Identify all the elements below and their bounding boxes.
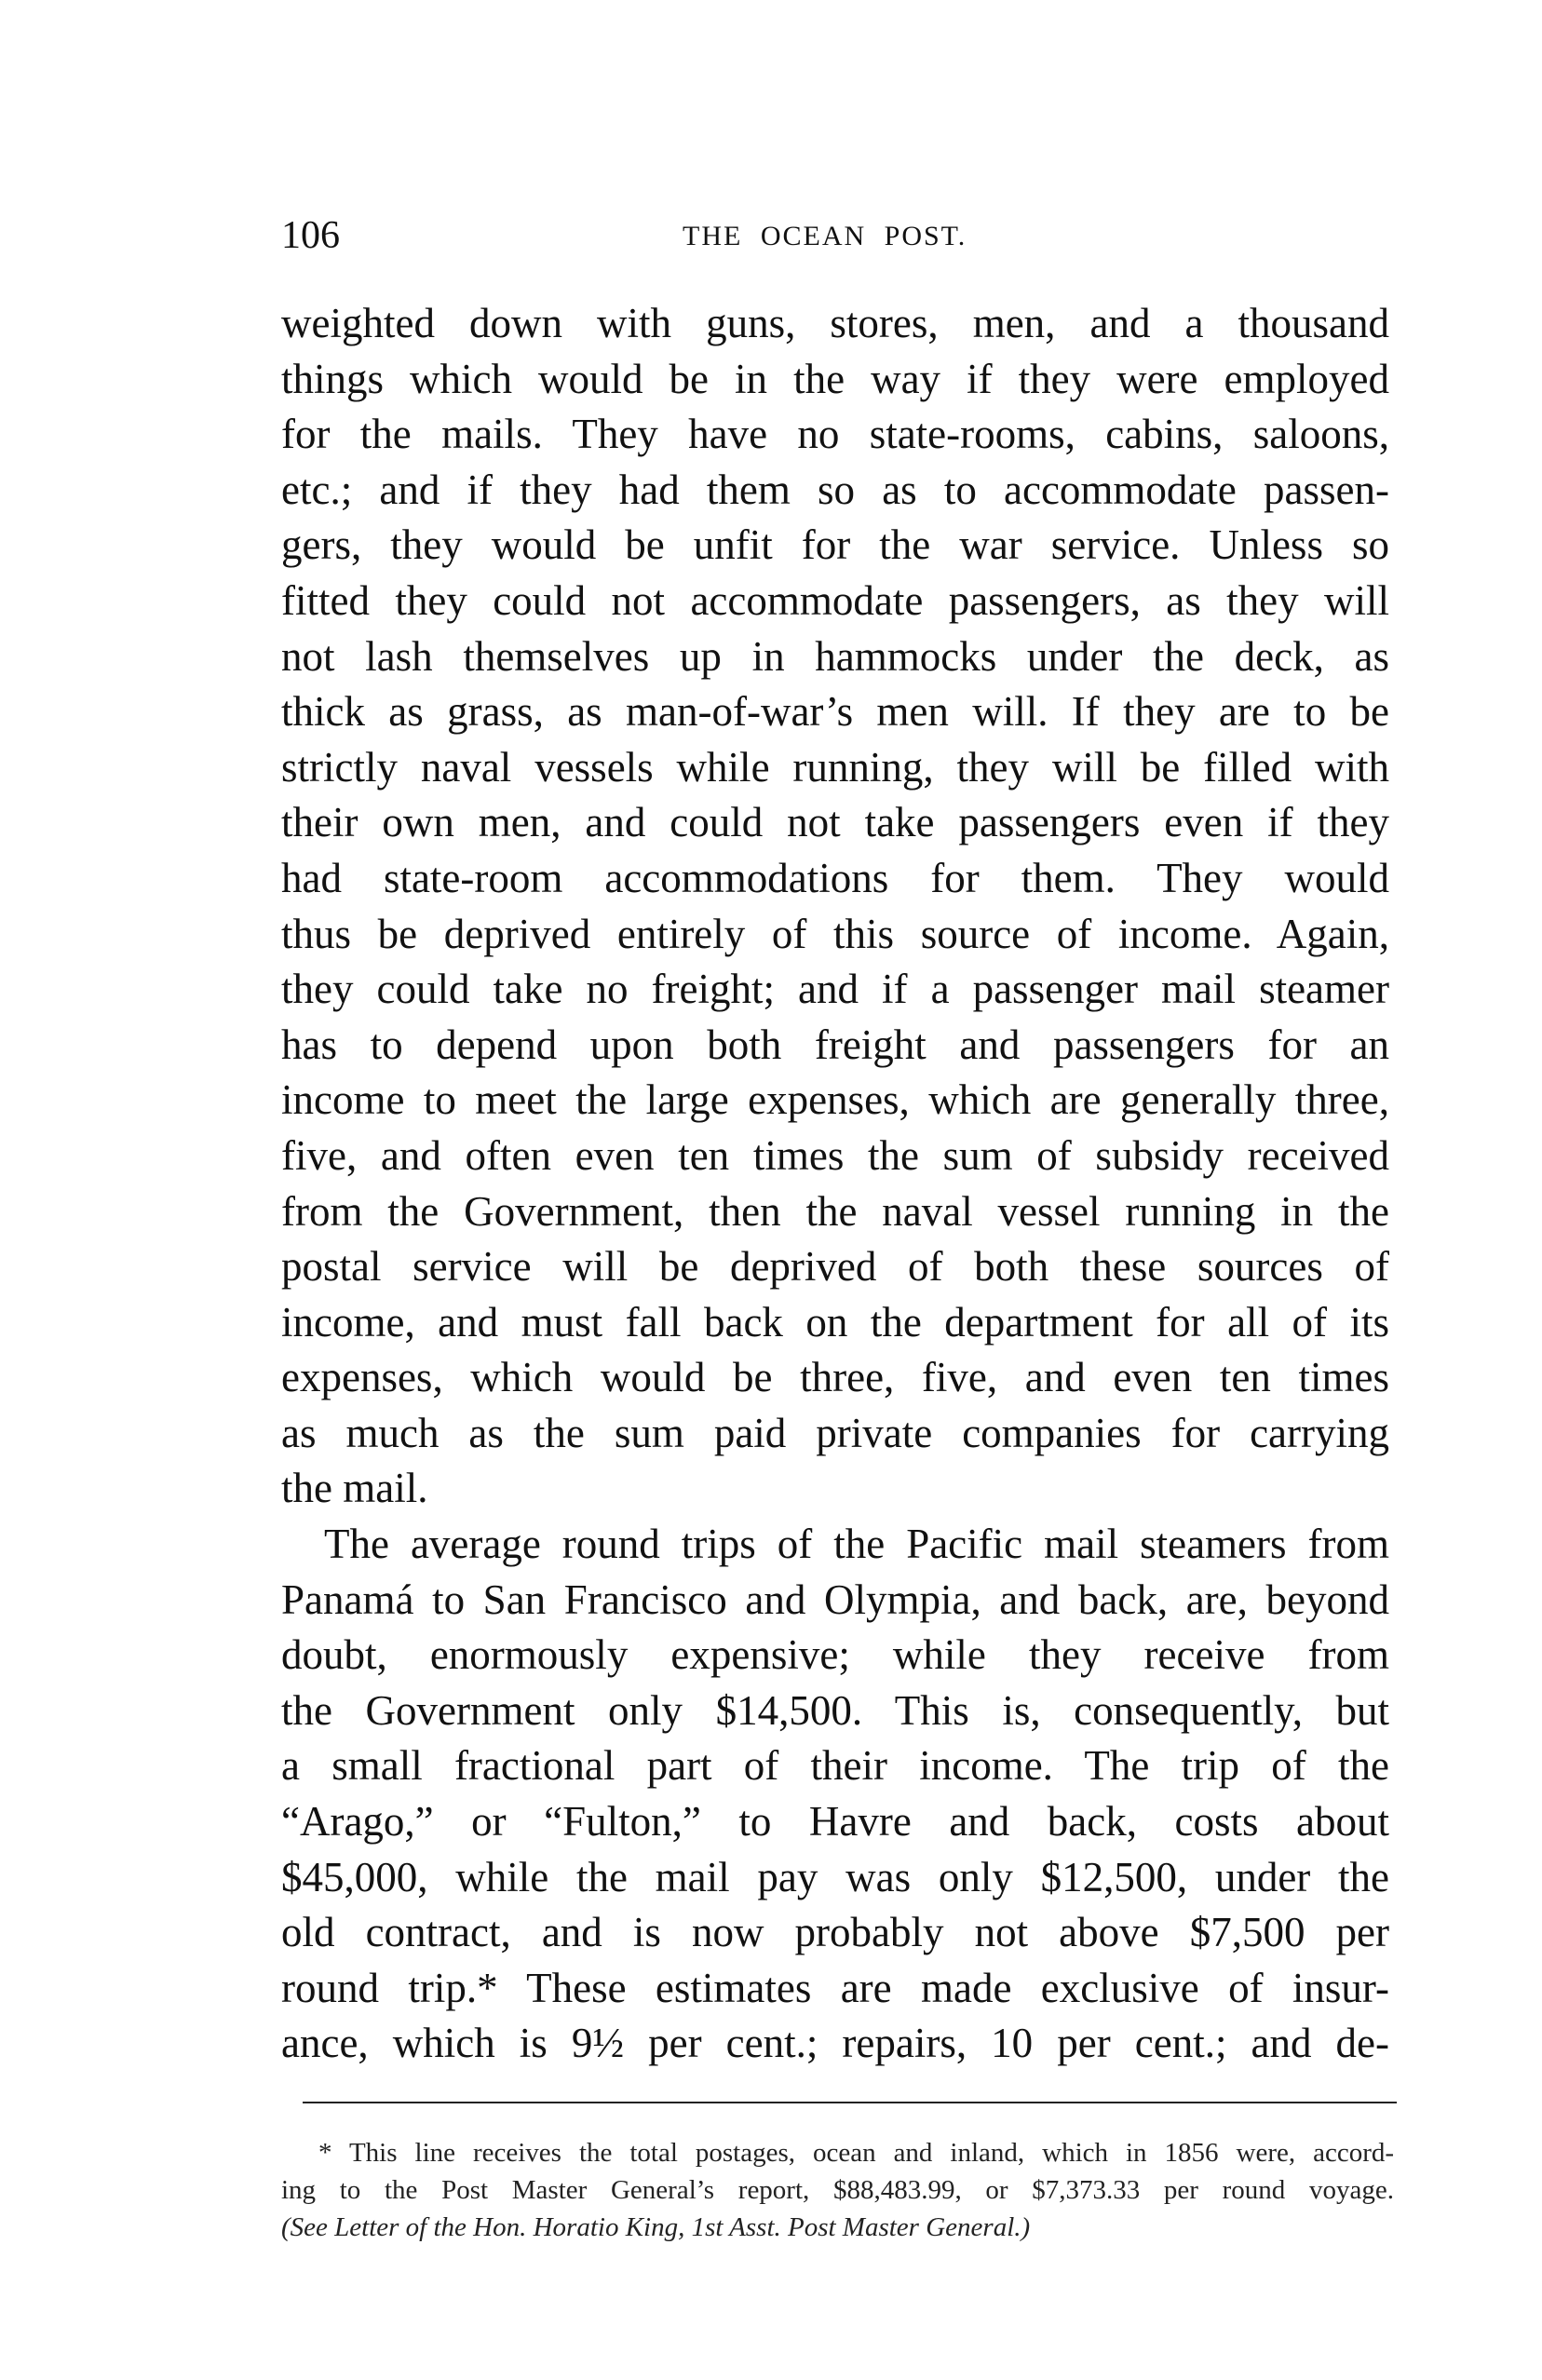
running-title: THE OCEAN POST. [683,218,967,255]
footnote-text-1: This line receives the total postages, o… [349,2138,1394,2168]
text-line: Panamá to San Francisco and Olympia, and… [281,1573,1389,1629]
text-line: things which would be in the way if they… [281,352,1389,408]
page-number: 106 [281,212,340,259]
paragraph-1: weighted down with guns, stores, men, an… [281,296,1389,1517]
text-line: five, and often even ten times the sum o… [281,1129,1389,1184]
text-line: doubt, enormously expensive; while they … [281,1628,1389,1684]
footnote-marker: * [318,2138,332,2168]
text-line: old contract, and is now probably not ab… [281,1905,1389,1961]
text-line: $45,000, while the mail pay was only $12… [281,1850,1389,1906]
body-text: weighted down with guns, stores, men, an… [281,296,1389,2072]
book-page: 106 THE OCEAN POST. weighted down with g… [0,0,1542,2380]
text-line: weighted down with guns, stores, men, an… [281,296,1389,352]
text-line: ance, which is 9½ per cent.; repairs, 10… [281,2016,1389,2072]
footnote-line-1: * This line receives the total postages,… [281,2134,1394,2171]
text-line: income to meet the large expenses, which… [281,1073,1389,1129]
text-line: gers, they would be unfit for the war se… [281,518,1389,574]
text-line: had state-room accommodations for them. … [281,851,1389,907]
text-line: postal service will be deprived of both … [281,1239,1389,1295]
text-line: the Government only $14,500. This is, co… [281,1684,1389,1739]
text-line: their own men, and could not take passen… [281,795,1389,851]
text-line: strictly naval vessels while running, th… [281,740,1389,796]
text-line: The average round trips of the Pacific m… [281,1517,1389,1573]
footnote-rule [303,2102,1397,2103]
running-head: 106 THE OCEAN POST. [281,212,1389,259]
text-line: the mail. [281,1461,1389,1517]
footnote-line-2: ing to the Post Master General’s report,… [281,2171,1394,2209]
footnote: * This line receives the total postages,… [281,2134,1394,2246]
footnote-citation: (See Letter of the Hon. Horatio King, 1s… [281,2209,1394,2246]
text-line: round trip.* These estimates are made ex… [281,1961,1389,2017]
text-line: fitted they could not accommodate passen… [281,574,1389,629]
text-line: thus be deprived entirely of this source… [281,907,1389,963]
text-line: income, and must fall back on the depart… [281,1295,1389,1351]
text-line: not lash themselves up in hammocks under… [281,629,1389,685]
text-line: for the mails. They have no state-rooms,… [281,407,1389,463]
text-line: from the Government, then the naval vess… [281,1184,1389,1240]
text-line: thick as grass, as man-of-war’s men will… [281,684,1389,740]
text-line: a small fractional part of their income.… [281,1738,1389,1794]
text-line: “Arago,” or “Fulton,” to Havre and back,… [281,1794,1389,1850]
text-line: etc.; and if they had them so as to acco… [281,463,1389,519]
text-line: expenses, which would be three, five, an… [281,1350,1389,1406]
paragraph-2: The average round trips of the Pacific m… [281,1517,1389,2072]
text-line: has to depend upon both freight and pass… [281,1018,1389,1074]
text-line: they could take no freight; and if a pas… [281,962,1389,1018]
text-line: as much as the sum paid private companie… [281,1406,1389,1462]
